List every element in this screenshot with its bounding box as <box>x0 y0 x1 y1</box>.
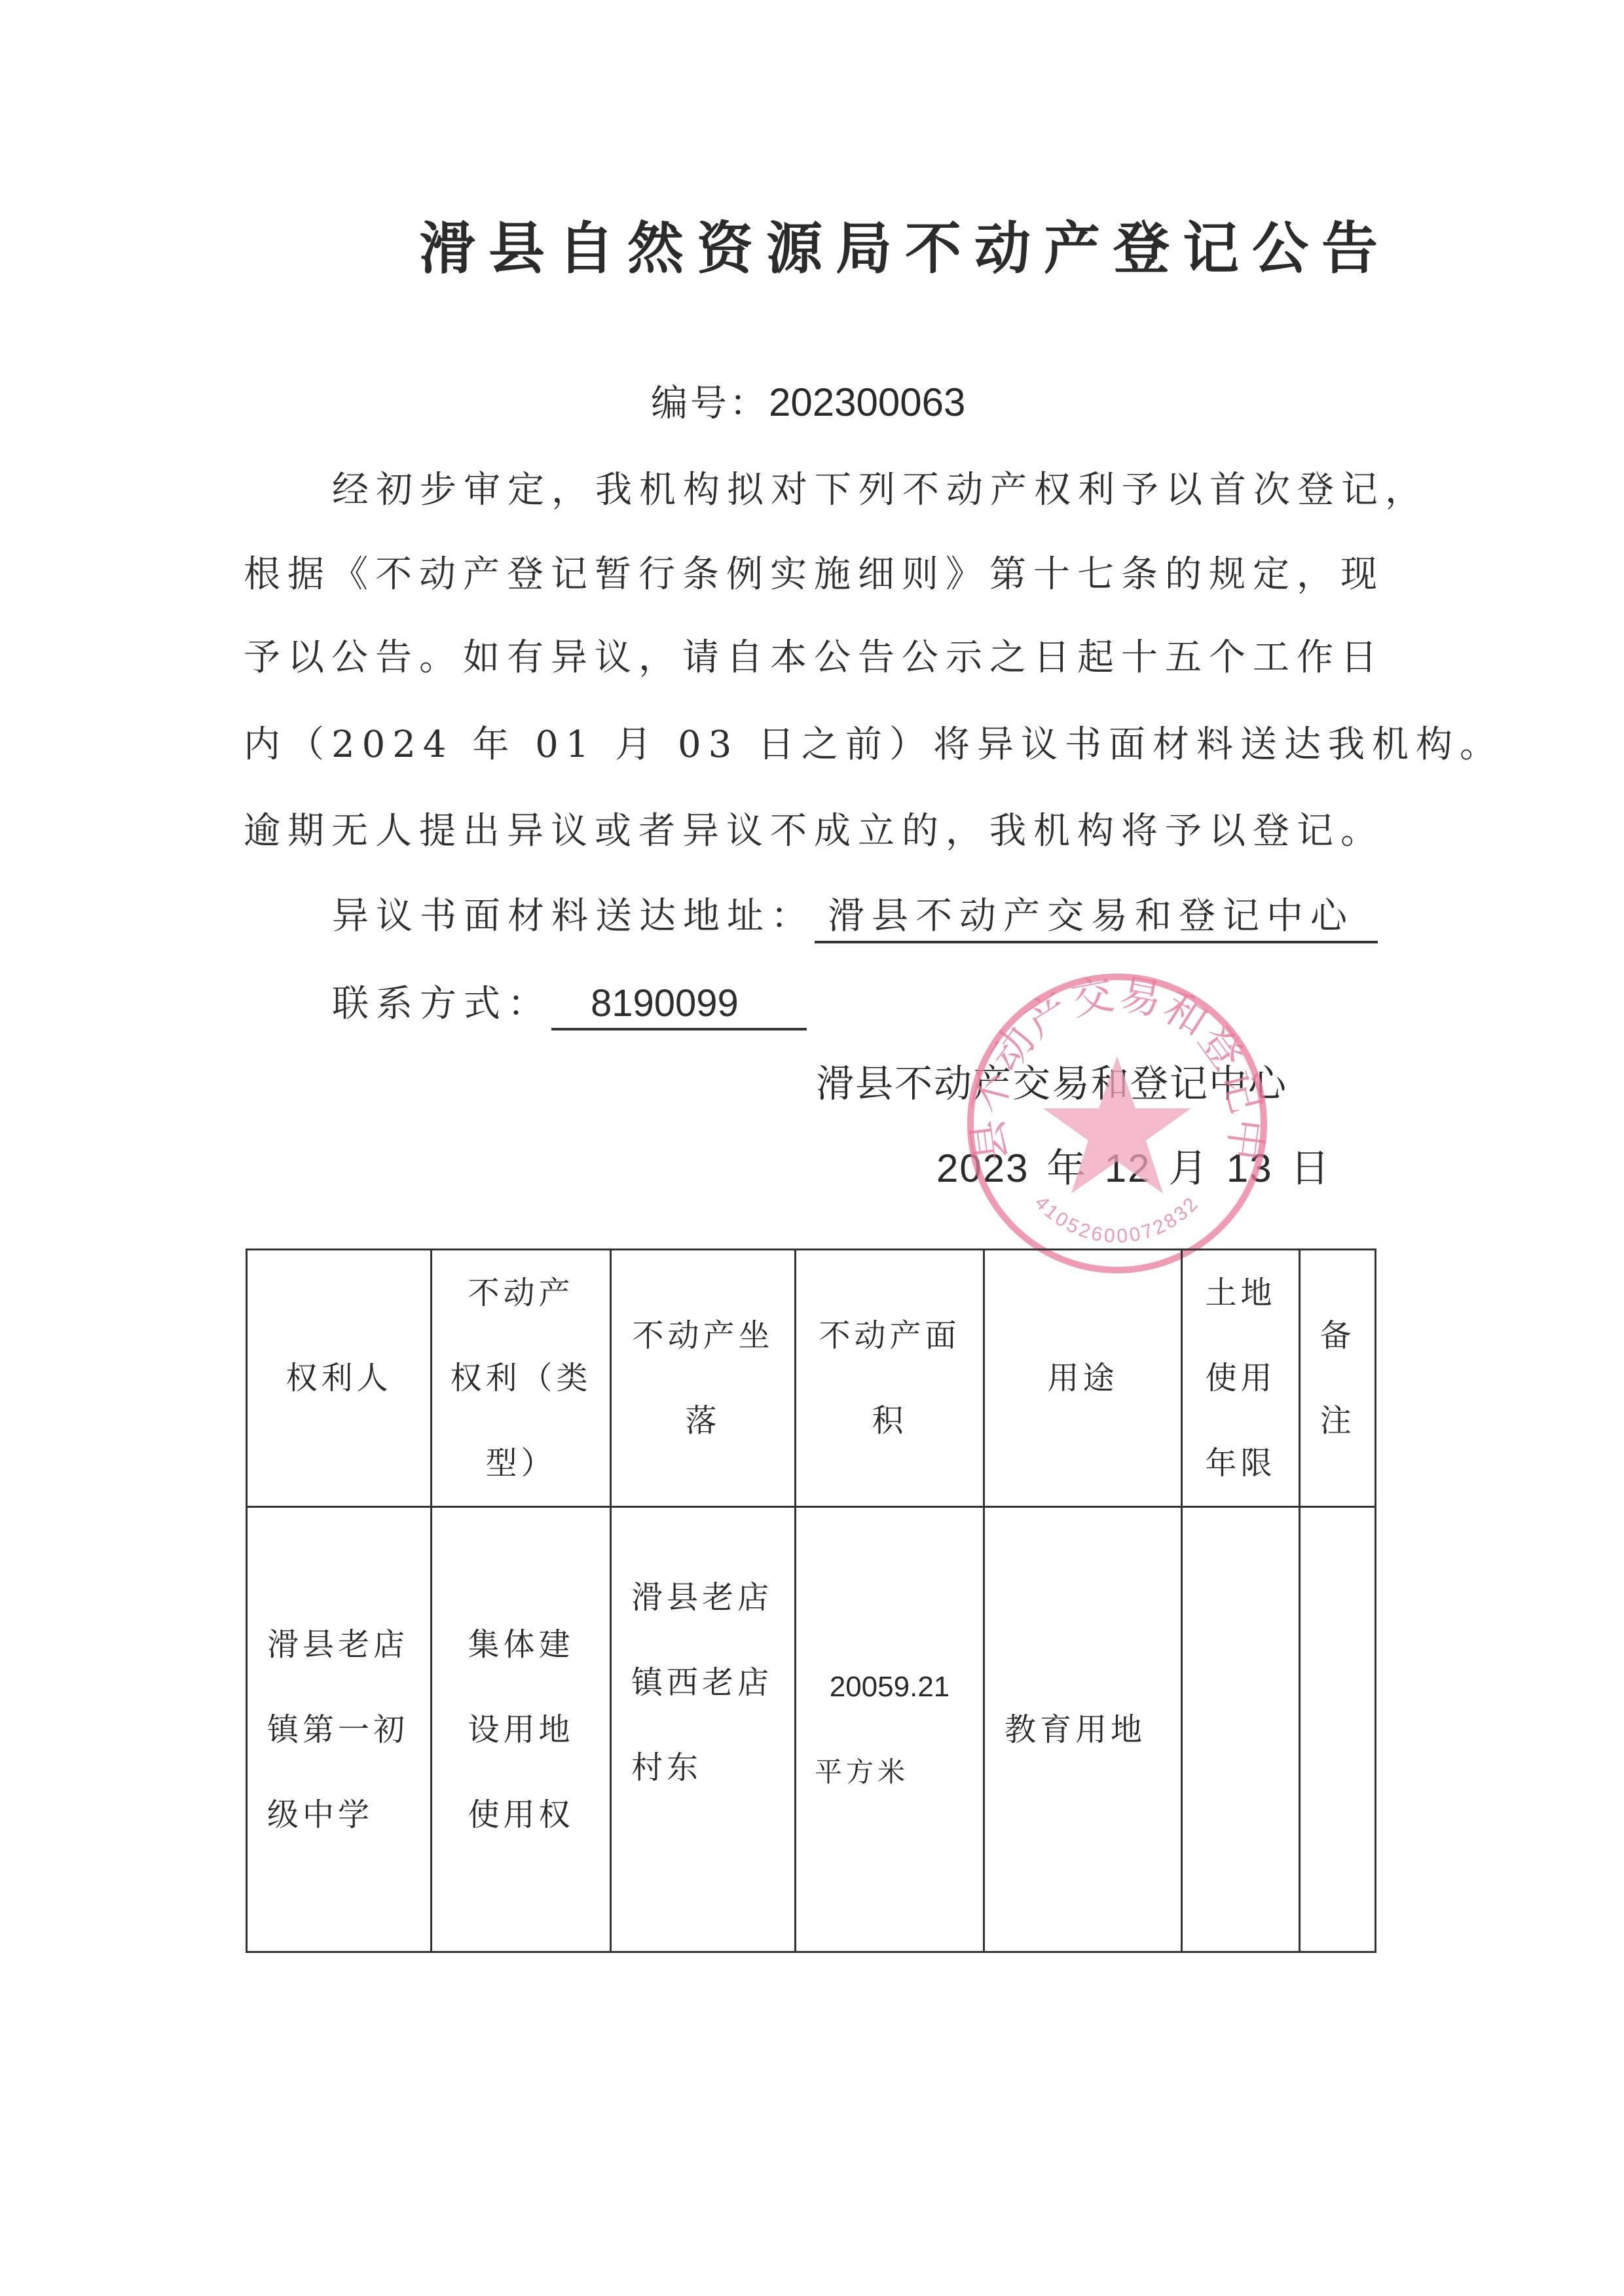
cell-text: 级中学 <box>248 1772 430 1857</box>
cell-text: 集体建 <box>432 1602 610 1687</box>
cell-text: 设用地 <box>432 1687 610 1772</box>
contact-label: 联系方式： <box>332 983 551 1025</box>
cell-text <box>1183 1687 1299 1772</box>
official-seal-stamp: 滑县不动产交易和登记中心 41052600072832 <box>966 972 1268 1275</box>
cell-rights-holder: 滑县老店 镇第一初 级中学 <box>247 1507 432 1952</box>
cell-land-use-term <box>1182 1507 1300 1952</box>
header-text: 年限 <box>1183 1421 1299 1506</box>
page-title: 滑县自然资源局不动产登记公告 <box>419 216 1264 282</box>
header-location: 不动产坐 落 <box>611 1250 796 1507</box>
header-text: 权利（类 <box>432 1336 610 1421</box>
area-unit: 平方米 <box>796 1730 983 1815</box>
objection-address-value: 滑县不动产交易和登记中心 <box>815 894 1378 943</box>
header-text: 使用 <box>1183 1336 1299 1421</box>
table-row: 滑县老店 镇第一初 级中学 集体建 设用地 使用权 滑县老店 镇西老店 村东 <box>247 1507 1376 1952</box>
cell-use: 教育用地 <box>984 1507 1182 1952</box>
paragraph-line-3: 予以公告。如有异议，请自本公告公示之日起十五个工作日 <box>244 635 1384 681</box>
issuer-name: 滑县不动产交易和登记中心 <box>816 1061 1287 1106</box>
header-area: 不动产面 积 <box>796 1250 984 1507</box>
header-text: 不动产面 <box>796 1293 983 1378</box>
objection-address-label: 异议书面材料送达地址： <box>332 895 815 938</box>
serial-number: 202300063 <box>769 380 965 424</box>
property-registration-table: 权利人 不动产 权利（类 型） 不动产坐 落 不动产面 积 <box>246 1248 1376 1953</box>
objection-address-line: 异议书面材料送达地址：滑县不动产交易和登记中心 <box>332 894 1378 943</box>
contact-line: 联系方式：8190099 <box>332 981 807 1030</box>
paragraph-line-5: 逾期无人提出异议或者异议不成立的，我机构将予以登记。 <box>244 809 1384 854</box>
paragraph-line-4-text: 内（2024 年 01 月 03 日之前）将异议书面材料送达我机构。 <box>244 723 1504 766</box>
cell-text: 镇西老店 <box>612 1640 794 1725</box>
issue-date: 2023 年 12 月 13 日 <box>936 1146 1331 1192</box>
header-remarks: 备 注 <box>1300 1250 1376 1507</box>
contact-value: 8190099 <box>551 981 807 1030</box>
serial-label: 编号： <box>651 382 769 425</box>
paragraph-line-2: 根据《不动产登记暂行条例实施细则》第十七条的规定，现 <box>244 552 1384 598</box>
header-text: 积 <box>796 1378 983 1463</box>
header-text: 用途 <box>985 1336 1181 1421</box>
svg-text:41052600072832: 41052600072832 <box>1031 1192 1204 1248</box>
paragraph-line-1: 经初步审定，我机构拟对下列不动产权利予以首次登记， <box>332 467 1429 513</box>
header-text: 土地 <box>1183 1250 1299 1336</box>
table-header-row: 权利人 不动产 权利（类 型） 不动产坐 落 不动产面 积 <box>247 1250 1376 1507</box>
header-text: 不动产坐 <box>612 1293 794 1378</box>
serial-number-line: 编号：202300063 <box>651 380 965 427</box>
header-text: 权利人 <box>248 1336 430 1421</box>
header-text: 型） <box>432 1421 610 1506</box>
cell-text: 镇第一初 <box>248 1687 430 1772</box>
header-use: 用途 <box>984 1250 1182 1507</box>
header-text: 注 <box>1301 1378 1375 1463</box>
cell-text <box>1301 1687 1375 1772</box>
header-text: 不动产 <box>432 1250 610 1336</box>
header-right-type: 不动产 权利（类 型） <box>432 1250 611 1507</box>
cell-text: 教育用地 <box>985 1687 1181 1772</box>
cell-text: 滑县老店 <box>248 1602 430 1687</box>
cell-text: 使用权 <box>432 1772 610 1857</box>
cell-location: 滑县老店 镇西老店 村东 <box>611 1507 796 1952</box>
cell-right-type: 集体建 设用地 使用权 <box>432 1507 611 1952</box>
seal-code: 41052600072832 <box>1031 1192 1204 1248</box>
header-text: 落 <box>612 1378 794 1463</box>
header-text: 备 <box>1301 1293 1375 1378</box>
cell-text: 滑县老店 <box>612 1555 794 1640</box>
header-rights-holder: 权利人 <box>247 1250 432 1507</box>
area-value: 20059.21 <box>796 1645 983 1730</box>
paragraph-line-4: 内（2024 年 01 月 03 日之前）将异议书面材料送达我机构。 <box>244 722 1504 768</box>
header-land-use-term: 土地 使用 年限 <box>1182 1250 1300 1507</box>
cell-area: 20059.21 平方米 <box>796 1507 984 1952</box>
cell-text: 村东 <box>612 1725 794 1810</box>
cell-remarks <box>1300 1507 1376 1952</box>
